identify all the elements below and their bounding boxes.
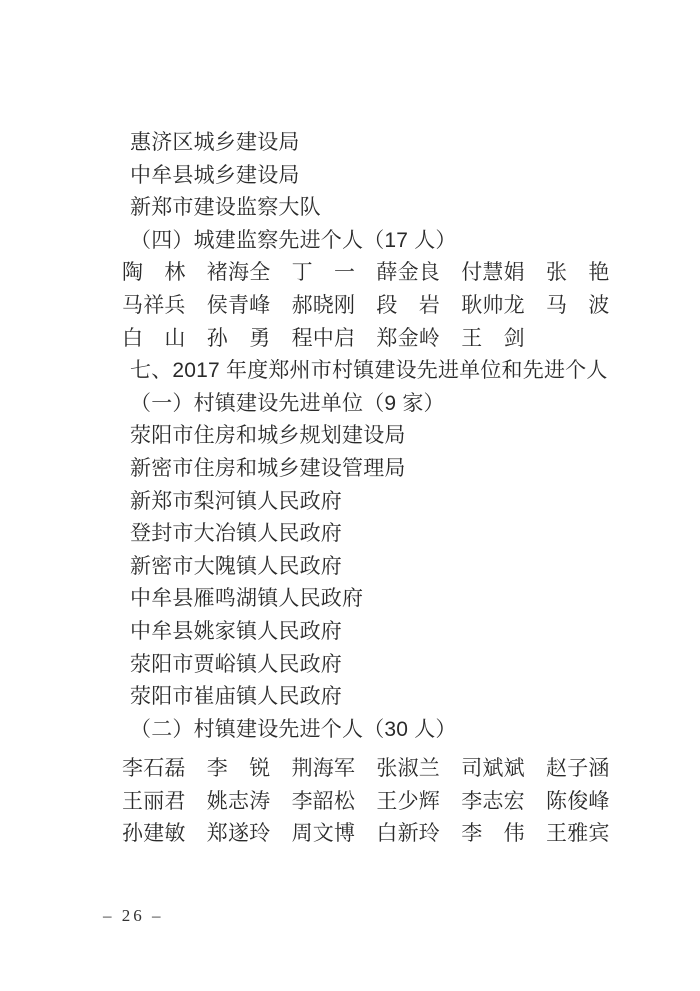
names-row: 陶 林 褚海全 丁 一 薛金良 付慧娟 张 艳 [122,257,592,290]
names-row: 白 山 孙 勇 程中启 郑金岭 王 剑 [122,323,592,356]
document-body: 惠济区城乡建设局 中牟县城乡建设局 新郑市建设监察大队 （四）城建监察先进个人（… [122,127,592,851]
section-heading: （一）村镇建设先进单位（9 家） [122,388,592,421]
names-row: 王丽君 姚志涛 李韶松 王少辉 李志宏 陈俊峰 [122,786,592,819]
org-line: 新郑市建设监察大队 [122,192,592,225]
document-page: 惠济区城乡建设局 中牟县城乡建设局 新郑市建设监察大队 （四）城建监察先进个人（… [0,0,700,991]
org-line: 中牟县姚家镇人民政府 [122,616,592,649]
names-row: 马祥兵 侯青峰 郝晓刚 段 岩 耿帅龙 马 波 [122,290,592,323]
org-line: 惠济区城乡建设局 [122,127,592,160]
section-heading: 七、2017 年度郑州市村镇建设先进单位和先进个人 [122,355,592,388]
names-row: 李石磊 李 锐 荆海军 张淑兰 司斌斌 赵子涵 [122,753,592,786]
org-line: 中牟县城乡建设局 [122,160,592,193]
org-line: 新郑市梨河镇人民政府 [122,486,592,519]
org-line: 荥阳市贾峪镇人民政府 [122,649,592,682]
section-heading: （四）城建监察先进个人（17 人） [122,225,592,258]
names-row: 孙建敏 郑遂玲 周文博 白新玲 李 伟 王雅宾 [122,818,592,851]
org-line: 新密市住房和城乡建设管理局 [122,453,592,486]
org-line: 登封市大冶镇人民政府 [122,518,592,551]
org-line: 中牟县雁鸣湖镇人民政府 [122,583,592,616]
page-number: – 26 – [103,906,164,926]
section-heading: （二）村镇建设先进个人（30 人） [122,714,592,747]
org-line: 荥阳市崔庙镇人民政府 [122,681,592,714]
org-line: 新密市大隗镇人民政府 [122,551,592,584]
org-line: 荥阳市住房和城乡规划建设局 [122,420,592,453]
